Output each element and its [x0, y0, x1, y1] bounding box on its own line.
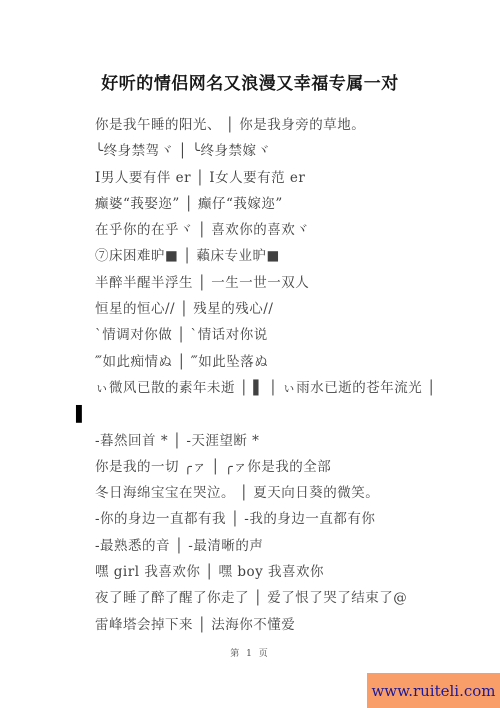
couple-name-line: 嘿 girl 我喜欢你 │ 嘿 boy 我喜欢你 [95, 559, 470, 585]
couple-name-line: -你的身边一直都有我 │ -我的身边一直都有你 [95, 506, 470, 532]
couple-name-line: ⑦床困难昈■ │ 藾床专业昈■ [95, 243, 470, 269]
watermark-url: www.ruiteli.com [371, 682, 495, 700]
black-block-marker: ▌ [76, 401, 470, 427]
watermark-badge: www.ruiteli.com [367, 673, 500, 708]
couple-name-line: 冬日海绵宝宝在哭泣。 │ 夏天向日葵的微笑。 [95, 480, 470, 506]
page-title: 好听的情侣网名又浪漫又幸福专属一对 [0, 0, 500, 95]
couple-name-line: -暮然回首 * │ -天涯望断 * [95, 428, 470, 454]
page-number: 第 1 页 [0, 646, 500, 659]
couple-name-line: 你是我午睡的阳光、 │ 你是我身旁的草地。 [95, 112, 470, 138]
couple-name-line: 夜了睡了醉了醒了你走了 │ 爱了恨了哭了结束了@ [95, 585, 470, 611]
couple-name-line: 在乎你的在乎ヾ │ 喜欢你的喜欢ヾ [95, 217, 470, 243]
couple-name-line: 你是我的一切 ╭ァ │ ╭ァ你是我的全部 [95, 454, 470, 480]
couple-name-line: ˋ情调对你做 │ ˋ情话对你说 [95, 322, 470, 348]
document-page: 好听的情侣网名又浪漫又幸福专属一对 你是我午睡的阳光、 │ 你是我身旁的草地。╰… [0, 0, 500, 708]
couple-name-list: 你是我午睡的阳光、 │ 你是我身旁的草地。╰终身禁驾ヾ │ ╰终身禁嫁ヾⅠ男人要… [95, 112, 470, 638]
couple-name-line: -最熟悉的音 │ -最清晰的声 [95, 533, 470, 559]
couple-name-line: ‴如此痴情ぬ │ ‴如此坠落ぬ [95, 349, 470, 375]
couple-name-line: ぃ微风已散的素年未逝 │ ▌ │ ぃ雨水已逝的苍年流光 │ [95, 375, 470, 401]
couple-name-line: 半醉半醒半浮生 │ 一生一世一双人 [95, 270, 470, 296]
couple-name-line: 癫婆“莪娶迩” │ 癫仔“莪嫁迩” [95, 191, 470, 217]
couple-name-line: 恒星的恒心// │ 残星的残心// [95, 296, 470, 322]
couple-name-line: ╰终身禁驾ヾ │ ╰终身禁嫁ヾ [95, 138, 470, 164]
couple-name-line: Ⅰ男人要有伴 er │ Ⅰ女人要有范 er [95, 165, 470, 191]
couple-name-line: 雷峰塔会掉下来 │ 法海你不懂爱 [95, 612, 470, 638]
